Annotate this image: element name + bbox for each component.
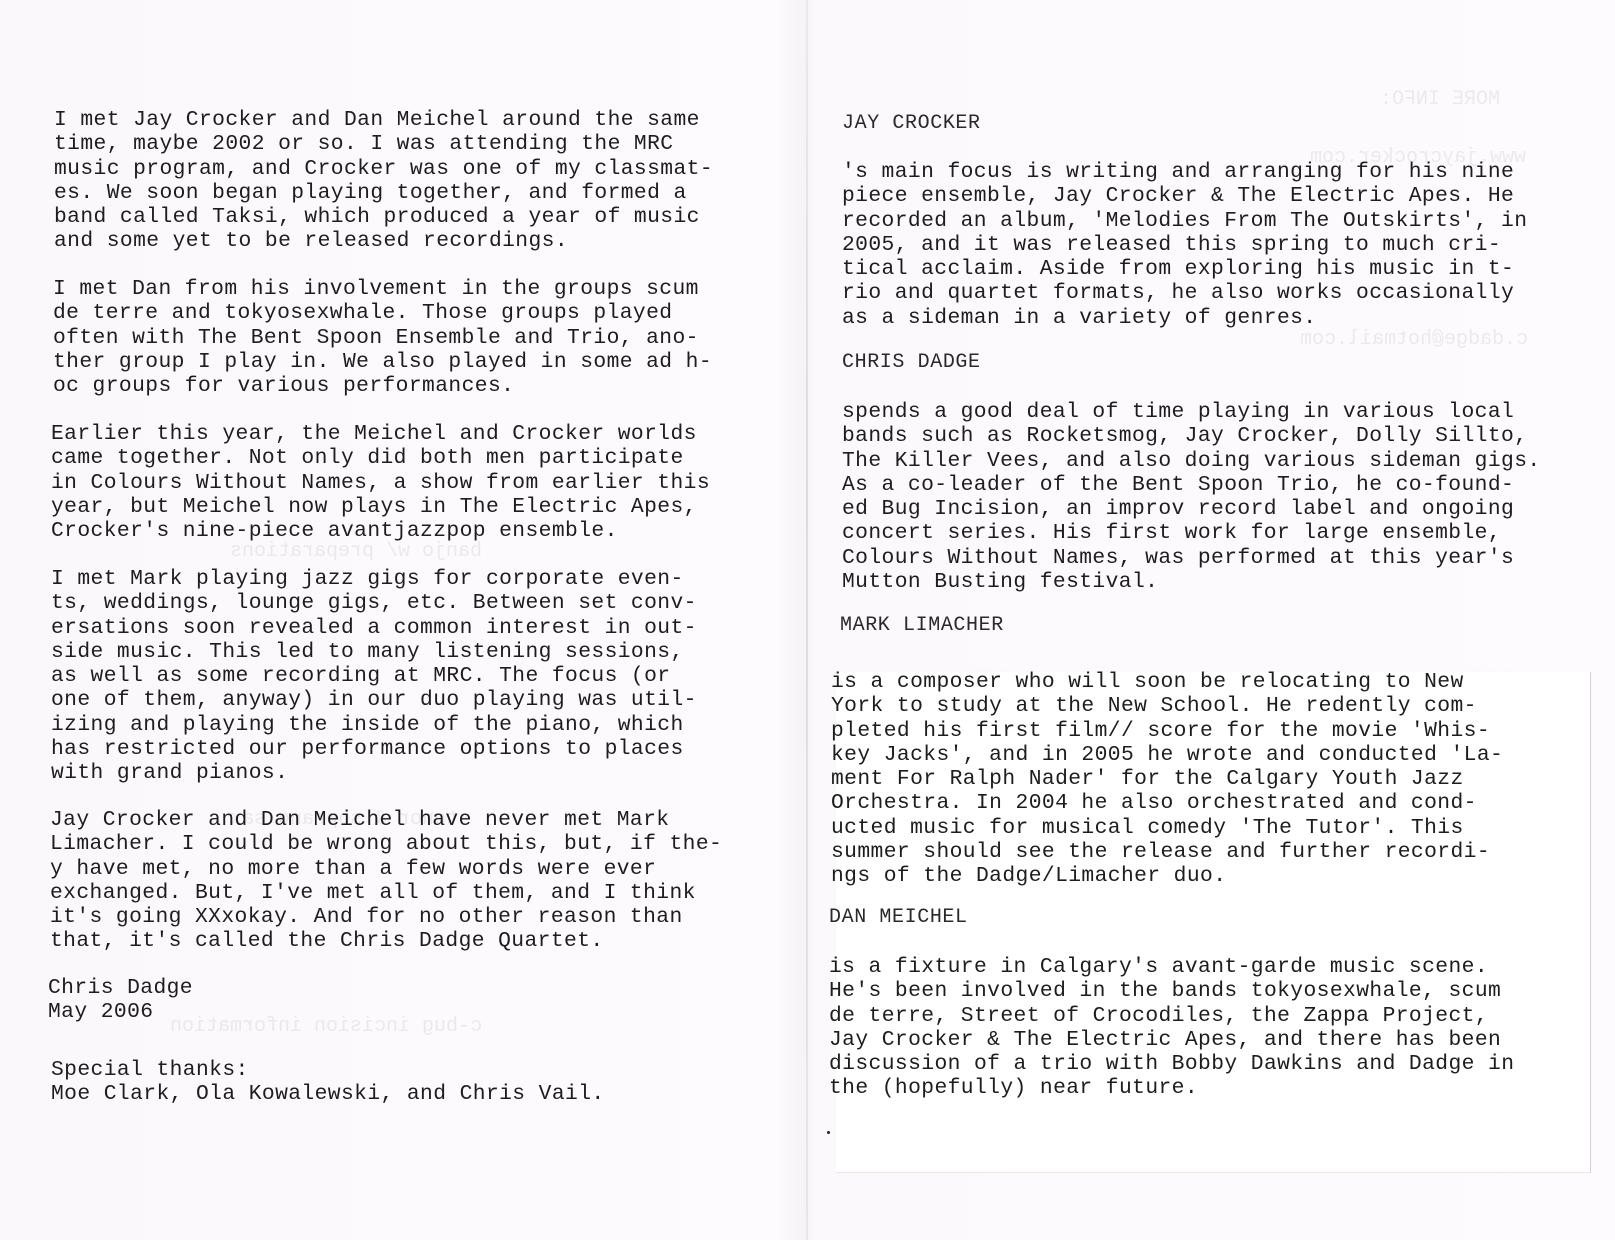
text-line: recorded an album, 'Melodies From The Ou… — [842, 209, 1527, 233]
text-line: discussion of a trio with Bobby Dawkins … — [829, 1052, 1514, 1076]
text-line: 2005, and it was released this spring to… — [842, 233, 1527, 257]
text-line: ngs of the Dadge/Limacher duo. — [831, 864, 1503, 888]
bio-heading-jay-crocker: JAY CROCKER — [842, 112, 981, 135]
text-line: tical acclaim. Aside from exploring his … — [842, 257, 1527, 281]
text-line: concert series. His first work for large… — [842, 521, 1541, 545]
text-line: key Jacks', and in 2005 he wrote and con… — [831, 743, 1503, 767]
text-line: summer should see the release and furthe… — [831, 840, 1503, 864]
text-line: the (hopefully) near future. — [829, 1076, 1514, 1100]
text-line: Orchestra. In 2004 he also orchestrated … — [831, 791, 1503, 815]
bio-mark-limacher: is a composer who will soon be relocatin… — [831, 670, 1503, 889]
text-line: ment For Ralph Nader' for the Calgary Yo… — [831, 767, 1503, 791]
text-line: ed Bug Incision, an improv record label … — [842, 497, 1541, 521]
text-line: ucted music for musical comedy 'The Tuto… — [831, 816, 1503, 840]
document-spread: banjo w/ preparations tenor & soprano sa… — [0, 0, 1615, 1240]
right-page: JAY CROCKER 's main focus is writing and… — [0, 0, 1615, 1240]
text-line: Colours Without Names, was performed at … — [842, 546, 1541, 570]
text-line: bands such as Rocketsmog, Jay Crocker, D… — [842, 424, 1541, 448]
text-line: rio and quartet formats, he also works o… — [842, 281, 1527, 305]
bio-chris-dadge: spends a good deal of time playing in va… — [842, 400, 1541, 594]
text-line: piece ensemble, Jay Crocker & The Electr… — [842, 184, 1527, 208]
bio-heading-mark-limacher: MARK LIMACHER — [840, 614, 1004, 637]
text-line: is a composer who will soon be relocatin… — [831, 670, 1503, 694]
text-line: 's main focus is writing and arranging f… — [842, 160, 1527, 184]
text-line: is a fixture in Calgary's avant-garde mu… — [829, 955, 1514, 979]
text-line: pleted his first film// score for the mo… — [831, 719, 1503, 743]
text-line: He's been involved in the bands tokyosex… — [829, 979, 1514, 1003]
text-line: As a co-leader of the Bent Spoon Trio, h… — [842, 473, 1541, 497]
ink-speck — [827, 1131, 830, 1134]
text-line: The Killer Vees, and also doing various … — [842, 449, 1541, 473]
text-line: de terre, Street of Crocodiles, the Zapp… — [829, 1004, 1514, 1028]
text-line: York to study at the New School. He rede… — [831, 694, 1503, 718]
text-line: Jay Crocker & The Electric Apes, and the… — [829, 1028, 1514, 1052]
bio-heading-chris-dadge: CHRIS DADGE — [842, 351, 981, 374]
text-line: Mutton Busting festival. — [842, 570, 1541, 594]
bio-heading-dan-meichel: DAN MEICHEL — [829, 906, 968, 929]
bio-jay-crocker: 's main focus is writing and arranging f… — [842, 160, 1527, 330]
text-line: as a sideman in a variety of genres. — [842, 306, 1527, 330]
text-line: spends a good deal of time playing in va… — [842, 400, 1541, 424]
bio-dan-meichel: is a fixture in Calgary's avant-garde mu… — [829, 955, 1514, 1101]
